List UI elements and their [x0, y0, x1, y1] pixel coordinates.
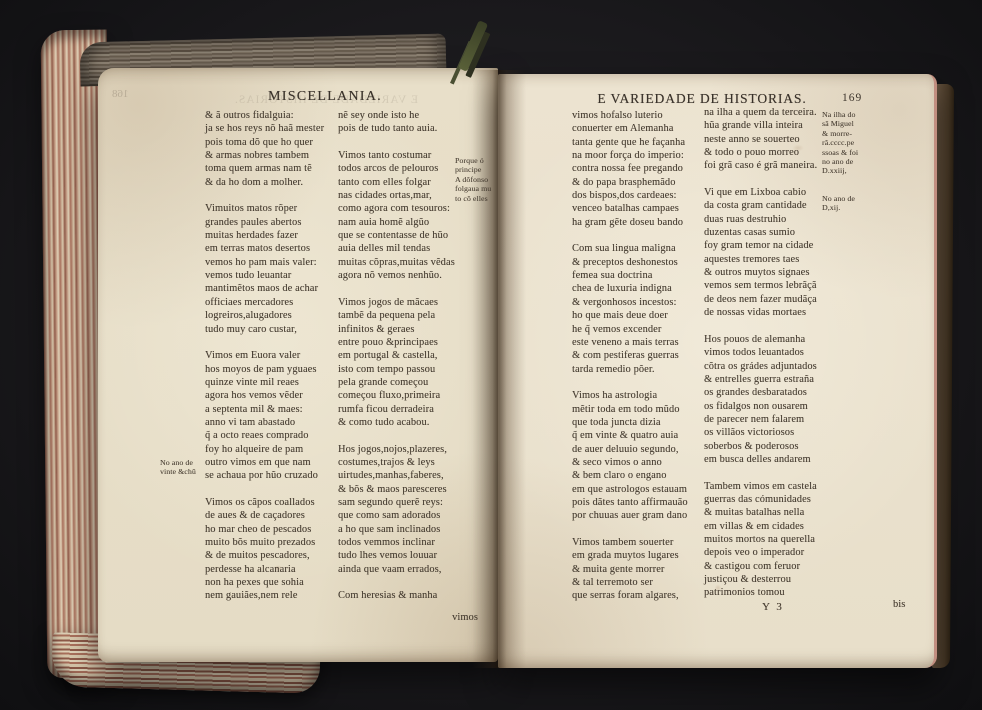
right-margin-note-year: No ano de D,xij.: [822, 194, 882, 213]
right-running-title: E VARIEDADE DE HISTORIAS.: [560, 91, 844, 107]
right-page-column-2: na ilha a quem da terceira. hũa grande v…: [704, 106, 858, 600]
left-page-column-1: & ã outros fidalguia: ja se hos reys nõ …: [205, 109, 343, 603]
right-page-catchword: bis: [893, 599, 905, 610]
left-margin-note-year: No ano de vinte &chũ: [160, 458, 206, 477]
right-page-column-1: vimos hofalso luterio conuerter em Alema…: [572, 109, 716, 603]
left-margin-note-prince: Porque ó principe A dõfonso folgaua mu t…: [455, 156, 509, 203]
left-running-title: MISCELLANIA.: [205, 89, 445, 105]
book-scan-stage: 168 E VARIEDADE DE HISTORIAS. MISCELLANI…: [0, 0, 982, 710]
left-page-catchword: vimos: [340, 612, 478, 623]
right-page-folio-number: 169: [842, 92, 862, 104]
showthrough-folio: 168: [112, 88, 129, 100]
signature-mark: Y 3: [762, 601, 784, 613]
right-margin-note-island: Na ilha do sã Miguel & morre- rã.cccc.pe…: [822, 110, 882, 176]
binding-thread: [458, 20, 488, 72]
